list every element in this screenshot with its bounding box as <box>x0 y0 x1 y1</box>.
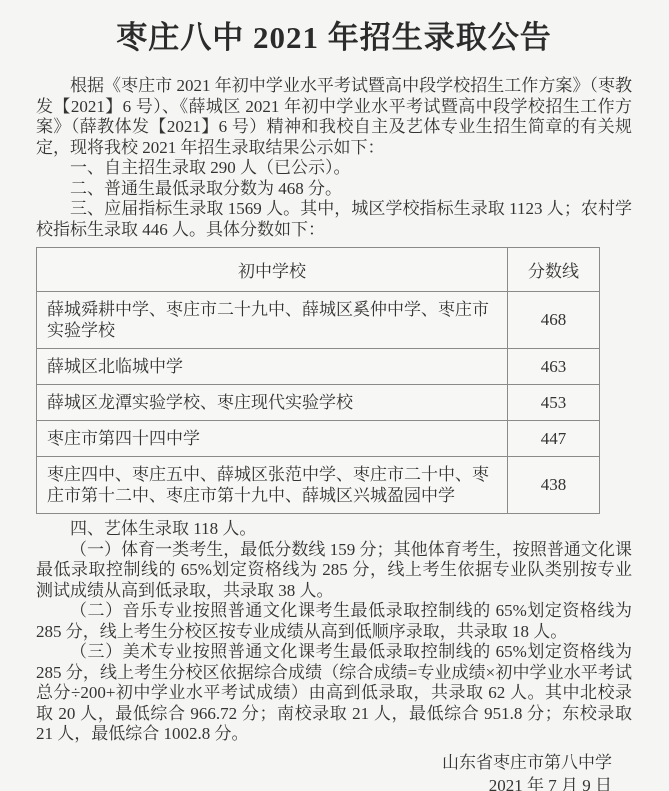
score-cell: 453 <box>508 385 600 421</box>
signature-block: 山东省枣庄市第八中学 2021 年 7 月 9 日 <box>36 751 632 791</box>
school-cell: 薛城区北临城中学 <box>37 349 508 385</box>
score-cell: 468 <box>508 292 600 349</box>
score-cell: 463 <box>508 349 600 385</box>
arts-sports-line: 四、艺体生录取 118 人。 <box>36 519 632 540</box>
school-cell: 薛城舜耕中学、枣庄市二十九中、薛城区奚仲中学、枣庄市实验学校 <box>37 292 508 349</box>
table-row: 薛城舜耕中学、枣庄市二十九中、薛城区奚仲中学、枣庄市实验学校 468 <box>37 292 600 349</box>
signature-date: 2021 年 7 月 9 日 <box>36 774 612 791</box>
announcement-page: 枣庄八中 2021 年招生录取公告 根据《枣庄市 2021 年初中学业水平考试暨… <box>0 0 669 791</box>
header-score: 分数线 <box>508 248 600 292</box>
score-cell: 438 <box>508 457 600 514</box>
school-cell: 枣庄四中、枣庄五中、薛城区张范中学、枣庄市二十中、枣庄市第十二中、枣庄市第十九中… <box>37 457 508 514</box>
score-cell: 447 <box>508 421 600 457</box>
table-row: 薛城区北临城中学 463 <box>37 349 600 385</box>
music-paragraph: （二）音乐专业按照普通文化课考生最低录取控制线的 65%划定资格线为 285 分… <box>36 601 632 642</box>
school-cell: 枣庄市第四十四中学 <box>37 421 508 457</box>
signature-org: 山东省枣庄市第八中学 <box>36 751 612 774</box>
table-row: 薛城区龙潭实验学校、枣庄现代实验学校 453 <box>37 385 600 421</box>
header-school: 初中学校 <box>37 248 508 292</box>
page-title: 枣庄八中 2021 年招生录取公告 <box>36 18 632 58</box>
table-row: 枣庄市第四十四中学 447 <box>37 421 600 457</box>
quota-student-line: 三、应届指标生录取 1569 人。其中，城区学校指标生录取 1123 人；农村学… <box>36 199 632 240</box>
school-cell: 薛城区龙潭实验学校、枣庄现代实验学校 <box>37 385 508 421</box>
table-header-row: 初中学校 分数线 <box>37 248 600 292</box>
self-enrollment-line: 一、自主招生录取 290 人（已公示）。 <box>36 158 632 179</box>
art-paragraph: （三）美术专业按照普通文化课考生最低录取控制线的 65%划定资格线为 285 分… <box>36 642 632 745</box>
score-table: 初中学校 分数线 薛城舜耕中学、枣庄市二十九中、薛城区奚仲中学、枣庄市实验学校 … <box>36 247 600 514</box>
table-row: 枣庄四中、枣庄五中、薛城区张范中学、枣庄市二十中、枣庄市第十二中、枣庄市第十九中… <box>37 457 600 514</box>
intro-paragraph: 根据《枣庄市 2021 年初中学业水平考试暨高中段学校招生工作方案》（枣教发【2… <box>36 76 632 158</box>
sports-paragraph: （一）体育一类考生，最低分数线 159 分；其他体育考生，按照普通文化课最低录取… <box>36 540 632 602</box>
regular-student-line: 二、普通生最低录取分数为 468 分。 <box>36 179 632 200</box>
